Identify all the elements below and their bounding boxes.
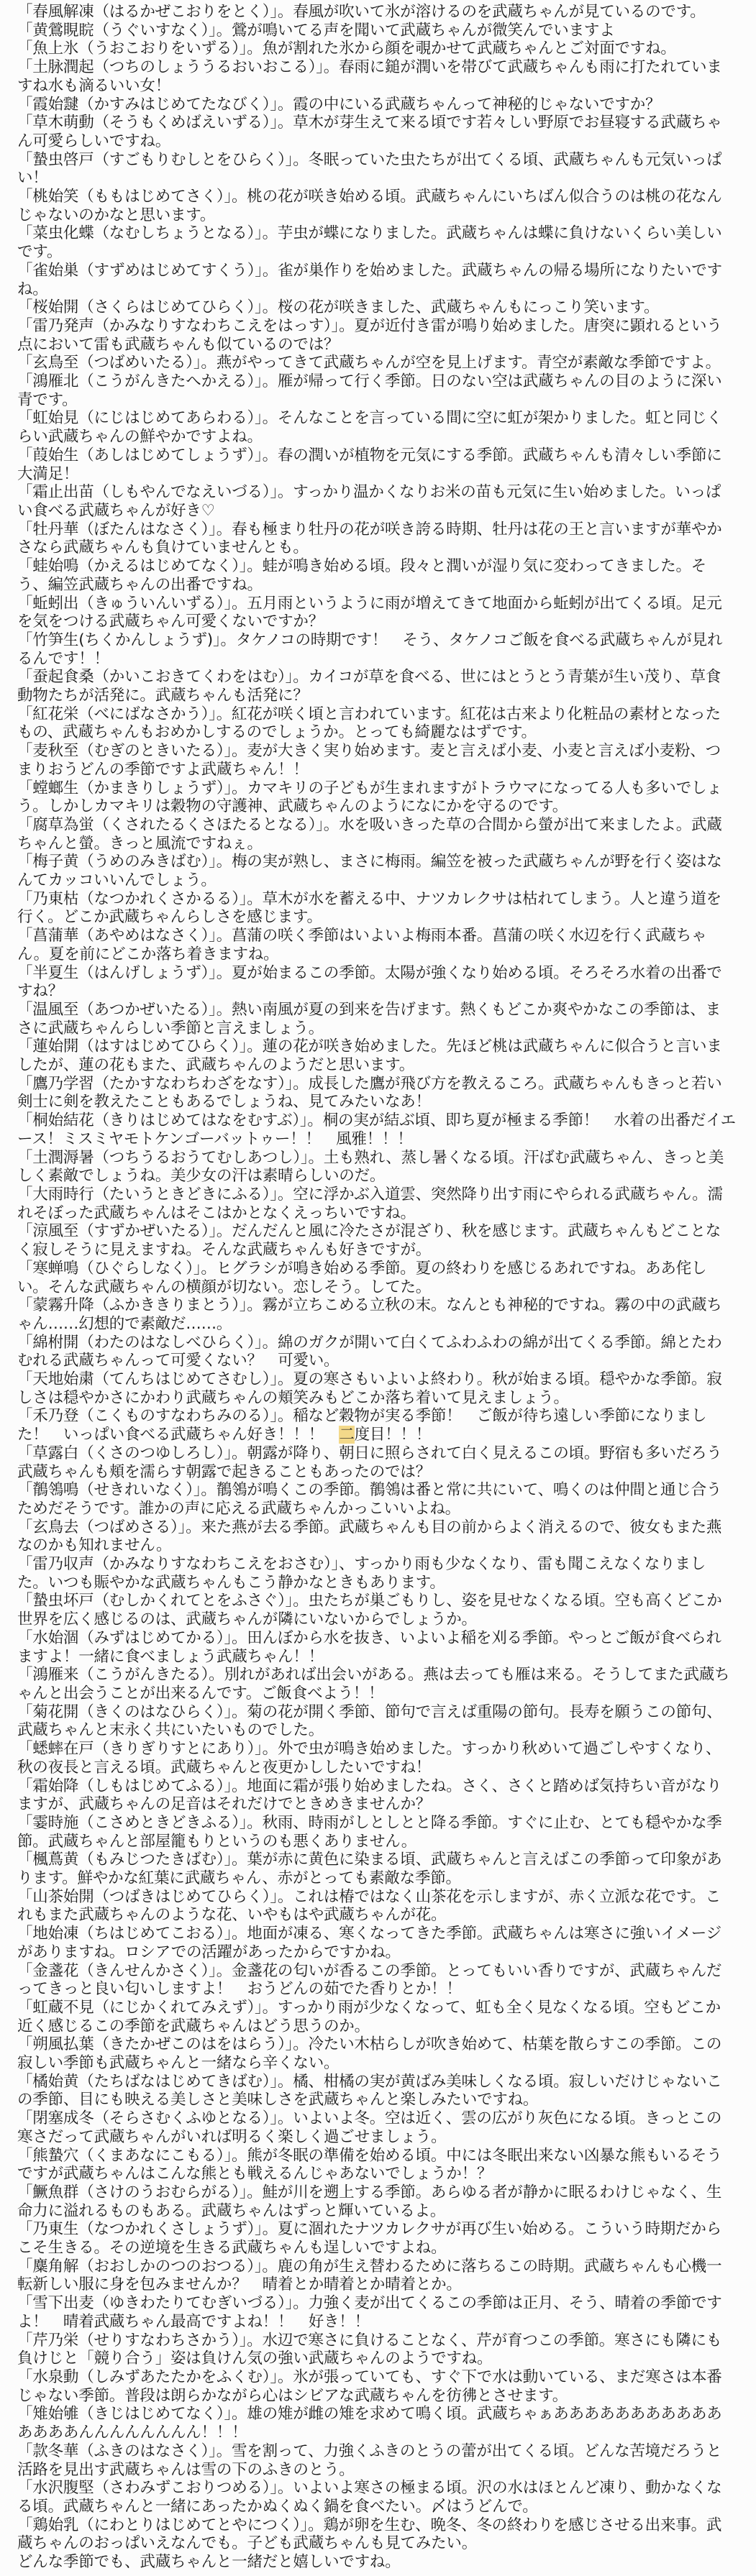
season-entry: 「蒙霧升降（ふかききりまとう）」。霧が立ちこめる立秋の末。なんとも神秘的ですね。… (17, 1296, 736, 1333)
season-entry: 「天地始粛（てんちはじめてさむし）」。夏の寒さもいよいよ終わり。秋が始まる頃。穏… (17, 1370, 736, 1407)
season-entry: 「温風至（あつかぜいたる）」。熱い南風が夏の到来を告げます。熱くもどこか爽やかな… (17, 1001, 736, 1037)
season-entry: 「竹笋生(ちくかんしょうず)」。タケノコの時期です！ そう、タケノコご飯を食べる… (17, 631, 736, 668)
season-entry: 「葭始生（あしはじめてしょうず）」。春の潤いが植物を元気にする季節。武蔵ちゃんも… (17, 446, 736, 483)
season-entry: 「熊蟄穴（くまあなにこもる）」。熊が冬眠の準備を始める頃。中には冬眠出来ない凶暴… (17, 2147, 736, 2183)
season-entry: 「蚕起食桑（かいこおきてくわをはむ）」。カイコが草を食べる、世にはとうとう青葉が… (17, 668, 736, 705)
season-entry: 「霞始靆（かすみはじめてたなびく）」。霞の中にいる武蔵ちゃんって神秘的じゃないで… (17, 96, 736, 114)
season-entry: どんな季節でも、武蔵ちゃんと一緒だと嬉しいですね。 (17, 2553, 736, 2572)
season-entry: 「蚯蚓出（きゅういんいずる）」。五月雨というように雨が増えてきて地面から蚯蚓が出… (17, 595, 736, 631)
season-entry: 「桜始開（さくらはじめてひらく）」。桜の花が咲きました、武蔵ちゃんもにっこり笑い… (17, 298, 736, 317)
season-entry: 「麋角解（おおしかのつのおつる）」。鹿の角が生え替わるために落ちるこの時期。武蔵… (17, 2258, 736, 2294)
season-entry: 「鷹乃学習（たかすなわちわざをなす）」。成長した鷹が飛び方を教えるころ。武蔵ちゃ… (17, 1075, 736, 1111)
season-entry: 「菜虫化蝶（なむしちょうとなる）」。芋虫が蝶になりました。武蔵ちゃんは蝶に負けな… (17, 224, 736, 261)
season-entry: 「蟄虫坏戸（むしかくれてとをふさぐ）」。虫たちが巣ごもりし、姿を見せなくなる頃。… (17, 1592, 736, 1628)
season-entry: 「禾乃登（こくものすなわちみのる）」。稲など穀物が実る季節！ ご飯が待ち遠しい季… (17, 1407, 736, 1444)
season-entry: 「虹始見（にじはじめてあらわる）」。そんなことを言っている間に空に虹が架かりまし… (17, 409, 736, 446)
season-entry: 「水沢腹堅（さわみずこおりつめる）」。いよいよ寒さの極まる頃。沢の水はほとんど凍… (17, 2479, 736, 2516)
season-entry: 「蛙始鳴（かえるはじめてなく）」。蛙が鳴き始める頃。段々と潤いが湿り気に変わって… (17, 557, 736, 594)
season-entry: 「霎時施（こさめときどきふる）」。秋雨、時雨がしとしとと降る季節。すぐに止む、と… (17, 1814, 736, 1851)
season-entry: 「草露白（くさのつゆしろし）」。朝露が降り、朝日に照らされて白く見えるこの頃。野… (17, 1444, 736, 1481)
season-entry: 「鴻雁来（こうがんきたる）。別れがあれば出会いがある。燕は去っても雁は来る。そう… (17, 1666, 736, 1702)
season-entry: 「雉始雊（きじはじめてなく）」。雄の雉が雌の雉を求めて鳴く頃。武蔵ちゃぁああああ… (17, 2405, 736, 2442)
season-entry: 「鶏始乳（にわとりはじめてとやにつく）」。鶏が卵を生む、晩冬、冬の終わりを感じさ… (17, 2516, 736, 2553)
season-entry: 「雷乃収声（かみなりすなわちこえをおさむ）」、すっかり雨も少なくなり、雷も聞こえ… (17, 1555, 736, 1592)
season-entry: 「霜始降（しもはじめてふる）」。地面に霜が張り始めましたね。さく、さくと踏めば気… (17, 1777, 736, 1814)
season-entry: 「霜止出苗（しもやんでなえいづる）」。すっかり温かくなりお米の苗も元気に生い始め… (17, 483, 736, 520)
season-entry: 「牡丹華（ぼたんはなさく）」。春も極まり牡丹の花が咲き誇る時期、牡丹は花の王と言… (17, 521, 736, 557)
season-entry: 「閉塞成冬（そらさむくふゆとなる）」。いよいよ冬。空は近く、雲の広がり灰色になる… (17, 2109, 736, 2146)
season-entry: 「款冬華（ふきのはなさく）」。雪を割って、力強くふきのとうの蕾が出てくる頃。どん… (17, 2442, 736, 2479)
season-entry: 「半夏生（はんげしょうず）」。夏が始まるこの季節。太陽が強くなり始める頃。そろそ… (17, 964, 736, 1001)
season-entry: 「蟄虫啓戸（すごもりむしとをひらく）」。冬眠っていた虫たちが出てくる頃、武蔵ちゃ… (17, 151, 736, 188)
season-entry: 「桃始笑（ももはじめてさく）」。桃の花が咲き始める頃。武蔵ちゃんにいちばん似合う… (17, 188, 736, 224)
season-entry: 「鶺鴒鳴（せきれいなく）」。鶺鴒が鳴くこの季節。鶺鴒は番と常に共にいて、鳴くのは… (17, 1481, 736, 1518)
season-entry: 「魚上氷（うおこおりをいずる）」。魚が割れた氷から顔を覗かせて武蔵ちゃんとご対面… (17, 40, 736, 58)
season-entry: 「玄鳥去（つばめさる）」。来た燕が去る季節。武蔵ちゃんも目の前からよく消えるので… (17, 1518, 736, 1555)
season-entry: 「橘始黄（たちばなはじめてきばむ）」。橘、柑橘の実が黄ばみ美味しくなる頃。寂しい… (17, 2073, 736, 2109)
season-entry: 「楓蔦黄（もみじつたきばむ）」。葉が赤に黄色に染まる頃、武蔵ちゃんと言えばこの季… (17, 1851, 736, 1887)
season-entry: 「大雨時行（たいうときどきにふる）」。空に浮かぶ入道雲、突然降り出す雨にやられる… (17, 1186, 736, 1222)
season-entry: 「腐草為蛍（くされたるくさほたるとなる）」。水を吸いきった草の合間から螢が出て来… (17, 816, 736, 853)
entry-tail-text: 度目！！！ (355, 1426, 432, 1444)
season-entry: 「黄鶯睍睆（うぐいすなく）」。鶯が鳴いてる声を聞いて武蔵ちゃんが微笑んでいますよ (17, 22, 736, 40)
season-entry: 「水泉動（しみずあたたかをふくむ）」。氷が張っていても、すぐ下で水は動いている、… (17, 2368, 736, 2405)
season-entry: 「虹蔵不見（にじかくれてみえず）」。すっかり雨が少なくなって、虹も全く見なくなる… (17, 1999, 736, 2035)
season-entry: 「菊花開（きくのはなひらく）」。菊の花が開く季節、節句で言えば重陽の節句。長寿を… (17, 1703, 736, 1740)
season-entry: 「雪下出麦（ゆきわたりてむぎいづる）」。力強く麦が出てくるこの季節は正月、そう、… (17, 2294, 736, 2331)
season-entry: 「土脉潤起（つちのしょううるおいおこる）」。春雨に鎚が潤いを帯びて武蔵ちゃんも雨… (17, 58, 736, 95)
season-entry: 「朔風払葉（きたかぜこのはをはらう）」。冷たい木枯らしが吹き始めて、枯葉を散らす… (17, 2035, 736, 2072)
season-entry: 「螳螂生（かまきりしょうず）」。カマキリの子どもが生まれますがトラウマになってる… (17, 779, 736, 816)
season-entry: 「菖蒲華（あやめはなさく）」。菖蒲の咲く季節はいよいよ梅雨本番。菖蒲の咲く水辺を… (17, 927, 736, 963)
season-entry: 「麦秋至（むぎのときいたる）」。麦が大きく実り始めます。麦と言えば小麦、小麦と言… (17, 742, 736, 779)
season-entry: 「涼風至（すずかぜいたる）」。だんだんと風に冷たさが混ざり、秋を感じます。武蔵ち… (17, 1222, 736, 1259)
season-entry: 「春風解凍（はるかぜこおりをとく）」。春風が吹いて氷が溶けるのを武蔵ちゃんが見て… (17, 3, 736, 22)
season-entry: 「山茶始開（つばきはじめてひらく）」。これは椿ではなく山茶花を示しますが、赤く立… (17, 1888, 736, 1925)
season-entry: 「鴻雁北（こうがんきたへかえる）」。雁が帰って行く季節。日のない空は武蔵ちゃんの… (17, 372, 736, 409)
season-entry: 「梅子黄（うめのみきばむ）」。梅の実が熟し、まさに梅雨。編笠を被った武蔵ちゃんが… (17, 853, 736, 889)
season-entry: 「草木萌動（そうもくめばえいずる）」。草木が芽生えて来る頃です若々しい野原でお昼… (17, 114, 736, 150)
season-entry: 「鱖魚群（さけのうおむらがる）」。鮭が川を遡上する季節。あらゆる者が静かに眠るわ… (17, 2183, 736, 2220)
season-entry: 「蟋蟀在戸（きりぎりすとにあり）」。外で虫が鳴き始めました。すっかり秋めいて過ご… (17, 1740, 736, 1777)
season-entry: 「桐始結花（きりはじめてはなをむすぶ）」。桐の実が結ぶ頃、即ち夏が極まる季節！ … (17, 1111, 736, 1148)
season-entry: 「金盞花（きんせんかさく）」。金盞花の匂いが香るこの季節。とってもいい香りですが… (17, 1962, 736, 1999)
season-entry: 「乃東枯（なつかれくさかるる）」。草木が水を蓄える中、ナツカレクサは枯れてしまう… (17, 890, 736, 927)
season-entry: 「地始凍（ちはじめてこおる）」。地面が凍る、寒くなってきた季節。武蔵ちゃんは寒さ… (17, 1925, 736, 1961)
season-entry: 「芹乃栄（せりすなわちさかう）」。水辺で寒さに負けることなく、芹が育つこの季節。… (17, 2332, 736, 2368)
season-entry: 「蓮始開（はすはじめてひらく）」。蓮の花が咲き始めました。先ほど桃は武蔵ちゃんに… (17, 1037, 736, 1074)
document-body: 「春風解凍（はるかぜこおりをとく）」。春風が吹いて氷が溶けるのを武蔵ちゃんが見て… (17, 3, 736, 2572)
season-entry: 「紅花栄（べにばなさかう）」。紅花が咲く頃と言われています。紅花は古来より化粧品… (17, 705, 736, 742)
season-entry: 「乃東生（なつかれくさしょうず）」。夏に涸れたナツカレクサが再び生い始める。こう… (17, 2220, 736, 2257)
season-entry: 「土潤溽暑（つちうるおうてむしあつし）」。土も熟れ、蒸し暑くなる頃。汗ばむ武蔵ち… (17, 1149, 736, 1186)
season-entry: 「寒蝉鳴（ひぐらしなく）」。ヒグラシが鳴き始める季節。夏の終わりを感じるあれです… (17, 1260, 736, 1296)
season-entry: 「雷乃発声（かみなりすなわちこえをはっす）」。夏が近付き雷が鳴り始めました。唐突… (17, 317, 736, 354)
season-entry: 「雀始巣（すずめはじめてすくう）」。雀が巣作りを始めました。武蔵ちゃんの帰る場所… (17, 262, 736, 298)
season-entry: 「玄鳥至（つばめいたる）」。燕がやってきて武蔵ちゃんが空を見上げます。青空が素敵… (17, 354, 736, 372)
season-entry: 「綿柎開（わたのはなしべひらく）」。綿のガクが開いて白くてふわふわの綿が出てくる… (17, 1334, 736, 1370)
text-selection-highlight[interactable]: 二 (339, 1426, 354, 1444)
season-entry: 「水始涸（みずはじめてかる）」。田んぼから水を抜き、いよいよ稲を刈る季節。やっと… (17, 1629, 736, 1666)
